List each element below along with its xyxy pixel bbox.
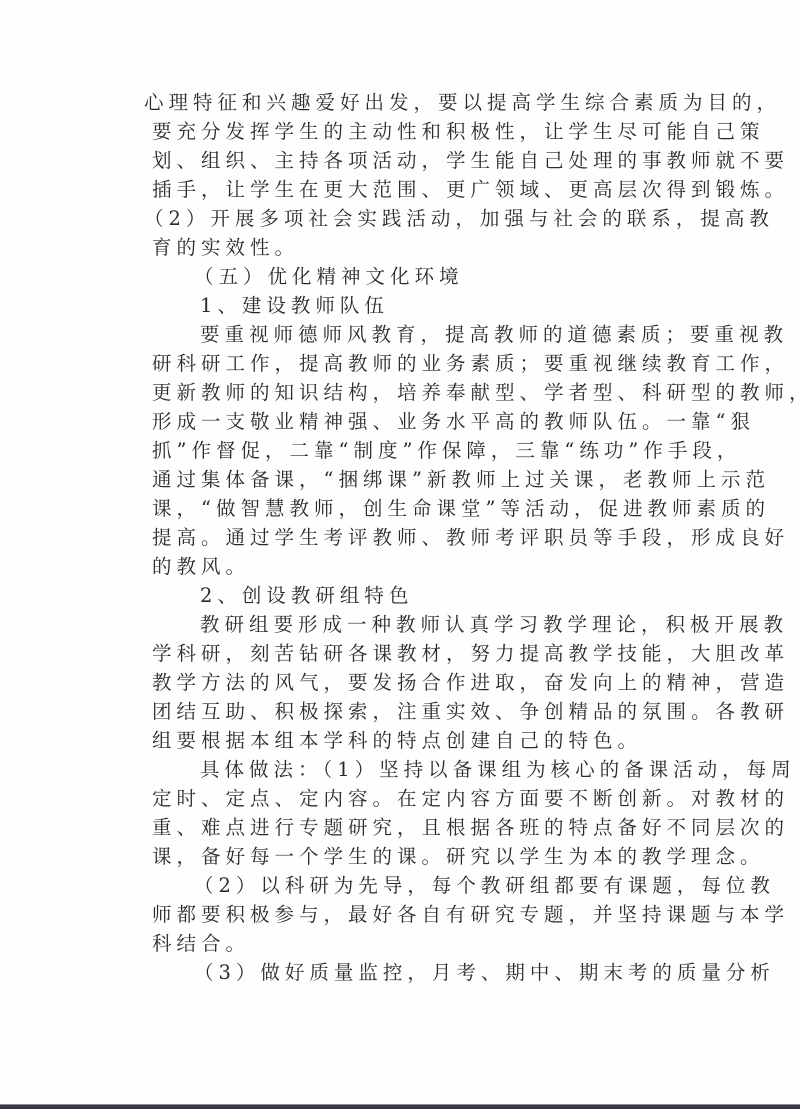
text-line: 团结互助、积极探索，注重实效、争创精品的氛围。各教研 [152, 697, 700, 726]
text-line: 抓”作督促，二靠“制度”作保障，三靠“练功”作手段， [152, 436, 700, 465]
text-line: 育的实效性。 [152, 233, 700, 262]
text-line: 提高。通过学生考评教师、教师考评职员等手段，形成良好 [152, 523, 700, 552]
paragraph-first-line: 要重视师德师风教育，提高教师的道德素质；要重视教 [152, 320, 700, 349]
text-line: 心理特征和兴趣爱好出发，要以提高学生综合素质为目的， [144, 88, 700, 117]
scanned-page: 心理特征和兴趣爱好出发，要以提高学生综合素质为目的， 要充分发挥学生的主动性和积… [0, 0, 800, 1105]
text-line: 划、组织、主持各项活动，学生能自己处理的事教师就不要 [152, 146, 700, 175]
subsection-heading: 2、创设教研组特色 [152, 581, 700, 610]
text-line: 更新教师的知识结构，培养奉献型、学者型、科研型的教师， [152, 378, 700, 407]
subsection-heading: 1、建设教师队伍 [152, 291, 700, 320]
text-line: 形成一支敬业精神强、业务水平高的教师队伍。一靠“狠 [152, 407, 700, 436]
text-line: 插手，让学生在更大范围、更广领域、更高层次得到锻炼。 [152, 175, 700, 204]
scan-edge-shadow [0, 1104, 800, 1109]
text-line: 课，“做智慧教师，创生命课堂”等活动，促进教师素质的 [152, 494, 700, 523]
paragraph-first-line: 教研组要形成一种教师认真学习教学理论，积极开展教 [152, 610, 700, 639]
paragraph-first-line: 具体做法：（1）坚持以备课组为核心的备课活动，每周 [152, 755, 700, 784]
text-line: 重、难点进行专题研究，且根据各班的特点备好不同层次的 [152, 813, 700, 842]
text-line: 课，备好每一个学生的课。研究以学生为本的教学理念。 [152, 842, 700, 871]
paragraph-first-line: （2）以科研为先导，每个教研组都要有课题，每位教 [152, 871, 700, 900]
section-heading: （五）优化精神文化环境 [152, 262, 700, 291]
text-line: 要充分发挥学生的主动性和积极性，让学生尽可能自己策 [152, 117, 700, 146]
text-line: 通过集体备课，“捆绑课”新教师上过关课，老教师上示范 [152, 465, 700, 494]
text-line: 研科研工作，提高教师的业务素质；要重视继续教育工作， [152, 349, 700, 378]
text-line: 的教风。 [152, 552, 700, 581]
paragraph-first-line: （3）做好质量监控，月考、期中、期末考的质量分析 [152, 958, 700, 987]
document-body: 心理特征和兴趣爱好出发，要以提高学生综合素质为目的， 要充分发挥学生的主动性和积… [152, 88, 700, 987]
text-line: 教学方法的风气，要发扬合作进取，奋发向上的精神，营造 [152, 668, 700, 697]
text-line: 定时、定点、定内容。在定内容方面要不断创新。对教材的 [152, 784, 700, 813]
text-line: （2）开展多项社会实践活动，加强与社会的联系，提高教 [144, 204, 700, 233]
text-line: 组要根据本组本学科的特点创建自己的特色。 [152, 726, 700, 755]
text-line: 师都要积极参与，最好各自有研究专题，并坚持课题与本学 [152, 900, 700, 929]
text-line: 科结合。 [152, 929, 700, 958]
text-line: 学科研，刻苦钻研各课教材，努力提高教学技能，大胆改革 [152, 639, 700, 668]
